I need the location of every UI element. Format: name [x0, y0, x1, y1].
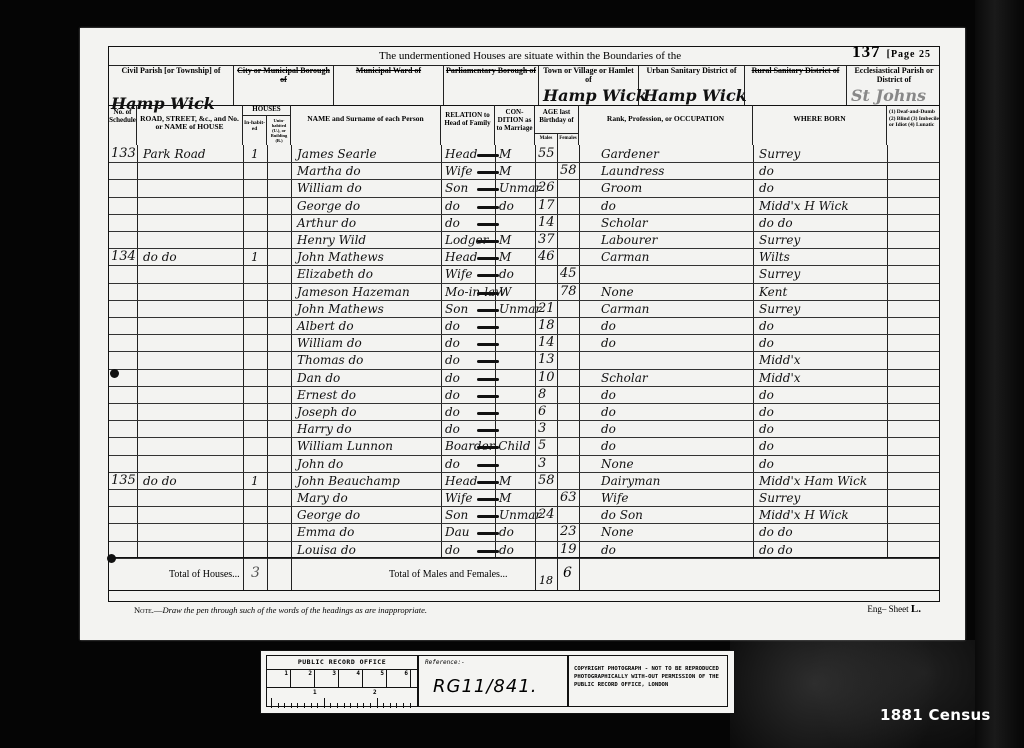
cell-born: Midd'x — [759, 371, 801, 385]
cell-occupation: Scholar — [601, 216, 648, 230]
ruler-cm-mark: 6 — [387, 670, 411, 687]
cell-female: 23 — [560, 525, 577, 539]
cell-occupation: do — [601, 439, 616, 453]
eng-sheet-label: Eng– Sheet L. — [867, 603, 921, 615]
cell-occupation: do — [601, 388, 616, 402]
cell-relation: do — [445, 388, 460, 402]
cell-born: do do — [759, 525, 793, 539]
cell-female: 45 — [560, 267, 577, 281]
tally-mark — [477, 257, 499, 260]
cell-male: 3 — [538, 422, 546, 436]
cell-name: Elizabeth do — [297, 267, 373, 281]
cell-name: Henry Wild — [297, 233, 366, 247]
cell-born: do do — [759, 543, 793, 557]
cell-relation: do — [445, 216, 460, 230]
cell-born: do — [759, 439, 774, 453]
cell-occupation: None — [601, 285, 634, 299]
urban-sanitary-value: Hamp Wick — [643, 86, 747, 105]
cell-road: do do — [143, 250, 177, 264]
cell-inhabited: 1 — [251, 147, 259, 161]
cell-male: 26 — [538, 181, 555, 195]
tally-mark — [477, 446, 499, 449]
tally-mark — [477, 395, 499, 398]
total-persons-label: Total of Males and Females... — [389, 569, 507, 580]
cell-born: Surrey — [759, 233, 800, 247]
cell-relation: do — [445, 353, 460, 367]
cell-born: Midd'x Ham Wick — [759, 474, 867, 488]
cell-male: 46 — [538, 250, 555, 264]
cell-male: 37 — [538, 233, 555, 247]
cell-condition: M — [499, 147, 511, 161]
cell-born: Surrey — [759, 147, 800, 161]
total-houses-label: Total of Houses... — [169, 569, 240, 580]
cell-schedule: 134 — [111, 250, 136, 264]
cell-female: 63 — [560, 491, 577, 505]
reference-value: RG11/841. — [433, 676, 538, 697]
row-rule — [109, 317, 939, 318]
cell-relation: Wife — [445, 164, 473, 178]
cell-name: John Beauchamp — [297, 474, 400, 488]
tally-mark — [477, 171, 499, 174]
total-houses-value: 3 — [251, 565, 260, 581]
cell-occupation: do — [601, 336, 616, 350]
ruler-cm-mark: 2 — [291, 670, 315, 687]
tally-mark — [477, 326, 499, 329]
cell-occupation: do — [601, 422, 616, 436]
cell-male: 21 — [538, 302, 555, 316]
row-rule — [109, 506, 939, 507]
cell-male: 5 — [538, 439, 546, 453]
cell-inhabited: 1 — [251, 250, 259, 264]
cell-condition: M — [499, 164, 511, 178]
cell-occupation: Groom — [601, 181, 642, 195]
cell-relation: Son — [445, 302, 468, 316]
total-females-value: 6 — [563, 565, 572, 581]
cell-born: do — [759, 457, 774, 471]
cell-name: Jameson Hazeman — [297, 285, 410, 299]
cell-born: do — [759, 164, 774, 178]
cell-occupation: Scholar — [601, 371, 648, 385]
tally-mark — [477, 429, 499, 432]
cell-condition: Unmar — [499, 508, 541, 522]
pro-copyright-box: COPYRIGHT PHOTOGRAPH - NOT TO BE REPRODU… — [568, 655, 728, 707]
tally-mark — [477, 292, 499, 295]
parliamentary-borough-cell: Parliamentary Borough of — [444, 65, 539, 105]
tally-mark — [477, 515, 499, 518]
row-rule — [109, 179, 939, 180]
cell-male: 10 — [538, 371, 555, 385]
col-houses: HOUSES In-habit-ed Unin-habited (U.), or… — [243, 105, 291, 145]
tally-mark — [477, 532, 499, 535]
cell-relation: do — [445, 319, 460, 333]
cell-condition: Unmar — [499, 181, 541, 195]
cell-relation: Head — [445, 474, 477, 488]
census-caption: 1881 Census — [880, 706, 991, 724]
sheet-title: The undermentioned Houses are situate wi… — [379, 47, 681, 65]
col-condition: CON-DITION as to Marriage — [495, 105, 535, 145]
tally-mark — [477, 412, 499, 415]
cell-name: John Mathews — [297, 250, 384, 264]
cell-condition: do — [499, 199, 514, 213]
col-uninhabited: Unin-habited (U.), or Building (B.) — [267, 116, 291, 143]
copyright-notice: COPYRIGHT PHOTOGRAPH - NOT TO BE REPRODU… — [569, 656, 727, 689]
cell-relation: do — [445, 405, 460, 419]
tally-mark — [477, 154, 499, 157]
cell-relation: Wife — [445, 491, 473, 505]
cell-occupation: do — [601, 543, 616, 557]
cell-occupation: Carman — [601, 302, 649, 316]
cell-relation: do — [445, 199, 460, 213]
cell-schedule: 135 — [111, 474, 136, 488]
punch-hole — [110, 369, 119, 378]
cell-name: George do — [297, 199, 360, 213]
reference-label: Reference:- — [425, 659, 465, 666]
row-rule — [109, 214, 939, 215]
cell-name: Louisa do — [297, 543, 356, 557]
ruler-inch-scale: 12 — [267, 687, 417, 708]
row-rule — [109, 386, 939, 387]
cell-road: Park Road — [143, 147, 206, 161]
cell-occupation: Wife — [601, 491, 629, 505]
col-name: NAME and Surname of each Person — [291, 105, 441, 145]
cell-occupation: None — [601, 457, 634, 471]
cell-male: 3 — [538, 457, 546, 471]
cell-name: Dan do — [297, 371, 340, 385]
cell-male: 13 — [538, 353, 555, 367]
cell-name: Thomas do — [297, 353, 363, 367]
col-relation: RELATION to Head of Family — [441, 105, 495, 145]
cell-born: do do — [759, 216, 793, 230]
tally-mark — [477, 360, 499, 363]
cell-name: Mary do — [297, 491, 348, 505]
totals-row: Total of Houses... 3 Total of Males and … — [109, 557, 939, 591]
cell-relation: do — [445, 371, 460, 385]
cell-occupation: do — [601, 405, 616, 419]
tally-mark — [477, 206, 499, 209]
tally-mark — [477, 481, 499, 484]
pro-ruler-box: PUBLIC RECORD OFFICE 12345612 — [266, 655, 418, 707]
row-rule — [109, 265, 939, 266]
cell-relation: do — [445, 457, 460, 471]
cell-female: 58 — [560, 164, 577, 178]
cell-schedule: 133 — [111, 147, 136, 161]
ruler-cm-mark: 3 — [315, 670, 339, 687]
cell-born: do — [759, 422, 774, 436]
ruler-inch-mark: 2 — [373, 689, 377, 696]
ruler-cm-mark: 4 — [339, 670, 363, 687]
cell-condition: do — [499, 267, 514, 281]
row-rule — [109, 541, 939, 542]
cell-male: 18 — [538, 319, 555, 333]
col-where-born: WHERE BORN — [753, 105, 887, 145]
cell-name: Emma do — [297, 525, 354, 539]
cell-name: Martha do — [297, 164, 361, 178]
cell-male: 17 — [538, 199, 555, 213]
cell-name: Harry do — [297, 422, 352, 436]
row-rule — [109, 334, 939, 335]
cell-born: Surrey — [759, 491, 800, 505]
cell-male: 6 — [538, 405, 546, 419]
cell-name: Ernest do — [297, 388, 356, 402]
film-edge — [975, 0, 1024, 748]
cell-occupation: Labourer — [601, 233, 657, 247]
tally-mark — [477, 378, 499, 381]
cell-occupation: Gardener — [601, 147, 659, 161]
cell-born: Surrey — [759, 267, 800, 281]
cell-occupation: do — [601, 319, 616, 333]
row-rule — [109, 489, 939, 490]
footnote: Note.—Draw the pen through such of the w… — [134, 605, 427, 615]
cell-born: do — [759, 336, 774, 350]
tally-mark — [477, 343, 499, 346]
cell-name: William do — [297, 181, 362, 195]
pro-title: PUBLIC RECORD OFFICE — [267, 656, 417, 670]
cell-occupation: do Son — [601, 508, 643, 522]
cell-condition: Unmar — [499, 302, 541, 316]
cell-relation: do — [445, 422, 460, 436]
row-rule — [109, 283, 939, 284]
ruler-inch-mark: 1 — [313, 689, 317, 696]
tally-mark — [477, 188, 499, 191]
page-number: [Page 25 — [887, 49, 931, 60]
ecclesiastical-parish-cell: Ecclesiastical Parish or District of St … — [847, 65, 941, 105]
cell-relation: do — [445, 336, 460, 350]
cell-born: do — [759, 405, 774, 419]
cell-occupation: Carman — [601, 250, 649, 264]
cell-male: 24 — [538, 508, 555, 522]
tally-mark — [477, 498, 499, 501]
cell-female: 19 — [560, 543, 577, 557]
tally-mark — [477, 550, 499, 553]
film-grain — [730, 640, 1010, 748]
cell-condition: do — [499, 543, 514, 557]
cell-road: do do — [143, 474, 177, 488]
col-occupation: Rank, Profession, or OCCUPATION — [579, 105, 753, 145]
row-rule — [109, 420, 939, 421]
municipal-borough-cell: City or Municipal Borough of — [234, 65, 334, 105]
cell-male: 14 — [538, 216, 555, 230]
cell-relation: Son — [445, 181, 468, 195]
row-rule — [109, 369, 939, 370]
tally-mark — [477, 309, 499, 312]
civil-parish-cell: Civil Parish [or Township] of Hamp Wick — [109, 65, 234, 105]
cell-born: do — [759, 319, 774, 333]
cell-male: 58 — [538, 474, 555, 488]
cell-born: do — [759, 181, 774, 195]
enumeration-table: The undermentioned Houses are situate wi… — [108, 46, 940, 602]
ruler-cm-mark: 5 — [363, 670, 387, 687]
town-village-cell: Town or Village or Hamlet of Hamp Wick — [539, 65, 639, 105]
cell-relation: Head — [445, 147, 477, 161]
cell-name: John do — [297, 457, 343, 471]
col-schedule: No. of Schedule — [109, 105, 137, 145]
cell-born: Wilts — [759, 250, 790, 264]
col-inhabited: In-habit-ed — [243, 116, 267, 145]
urban-sanitary-cell: Urban Sanitary District of Hamp Wick — [639, 65, 745, 105]
ecclesiastical-value: St Johns — [851, 86, 926, 105]
tally-mark — [477, 274, 499, 277]
punch-hole — [107, 554, 116, 563]
total-males-value: 18 — [539, 574, 553, 587]
cell-occupation: Laundress — [601, 164, 664, 178]
cell-occupation: Dairyman — [601, 474, 660, 488]
cell-relation: Wife — [445, 267, 473, 281]
row-rule — [109, 472, 939, 473]
cell-name: Albert do — [297, 319, 354, 333]
ruler-scale: 12345612 — [267, 670, 417, 708]
sheet-title-bar: The undermentioned Houses are situate wi… — [109, 47, 939, 66]
tally-mark — [477, 240, 499, 243]
cell-condition: M — [499, 491, 511, 505]
cell-female: 78 — [560, 285, 577, 299]
row-rule — [109, 403, 939, 404]
cell-condition: M — [499, 233, 511, 247]
cell-born: Midd'x H Wick — [759, 199, 849, 213]
col-age-sub: Males Females — [535, 133, 578, 145]
cell-inhabited: 1 — [251, 474, 259, 488]
cell-name: Arthur do — [297, 216, 356, 230]
public-record-office-stamp: PUBLIC RECORD OFFICE 12345612 Reference:… — [260, 650, 735, 714]
row-rule — [109, 523, 939, 524]
cell-condition: do — [499, 525, 514, 539]
col-infirmity: (1) Deaf-and-Dumb (2) Blind (3) Imbecile… — [887, 105, 941, 145]
folio-number: 137[Page 25 — [852, 43, 931, 64]
row-rule — [109, 351, 939, 352]
row-rule — [109, 231, 939, 232]
row-rule — [109, 300, 939, 301]
cell-male: 55 — [538, 147, 555, 161]
cell-name: George do — [297, 508, 360, 522]
cell-name: William Lunnon — [297, 439, 393, 453]
cell-male: 14 — [538, 336, 555, 350]
rural-sanitary-cell: Rural Sanitary District of — [745, 65, 847, 105]
town-value: Hamp Wick — [543, 86, 647, 105]
cell-relation: Dau — [445, 525, 470, 539]
col-age: AGE last Birthday of Males Females — [535, 105, 579, 145]
col-road: ROAD, STREET, &c., and No. or NAME of HO… — [137, 105, 243, 145]
cell-condition: M — [499, 250, 511, 264]
row-rule — [109, 248, 939, 249]
row-rule — [109, 197, 939, 198]
cell-name: William do — [297, 336, 362, 350]
cell-relation: Head — [445, 250, 477, 264]
pro-reference-box: Reference:- RG11/841. — [418, 655, 568, 707]
cell-name: James Searle — [297, 147, 377, 161]
cell-occupation: None — [601, 525, 634, 539]
cell-born: Midd'x H Wick — [759, 508, 849, 522]
cell-occupation: do — [601, 199, 616, 213]
cell-born: Midd'x — [759, 353, 801, 367]
cell-male: 8 — [538, 388, 546, 402]
row-rule — [109, 455, 939, 456]
census-sheet: The undermentioned Houses are situate wi… — [80, 28, 965, 640]
cell-born: Surrey — [759, 302, 800, 316]
tally-mark — [477, 223, 499, 226]
cell-condition: M — [499, 474, 511, 488]
ruler-cm-mark: 1 — [267, 670, 291, 687]
row-rule — [109, 162, 939, 163]
cell-relation: Son — [445, 508, 468, 522]
municipal-ward-cell: Municipal Ward of — [334, 65, 444, 105]
cell-name: John Mathews — [297, 302, 384, 316]
cell-name: Joseph do — [297, 405, 356, 419]
row-rule — [109, 437, 939, 438]
cell-condition: W — [499, 285, 511, 299]
cell-born: do — [759, 388, 774, 402]
tally-mark — [477, 464, 499, 467]
cell-relation: do — [445, 543, 460, 557]
cell-born: Kent — [759, 285, 787, 299]
